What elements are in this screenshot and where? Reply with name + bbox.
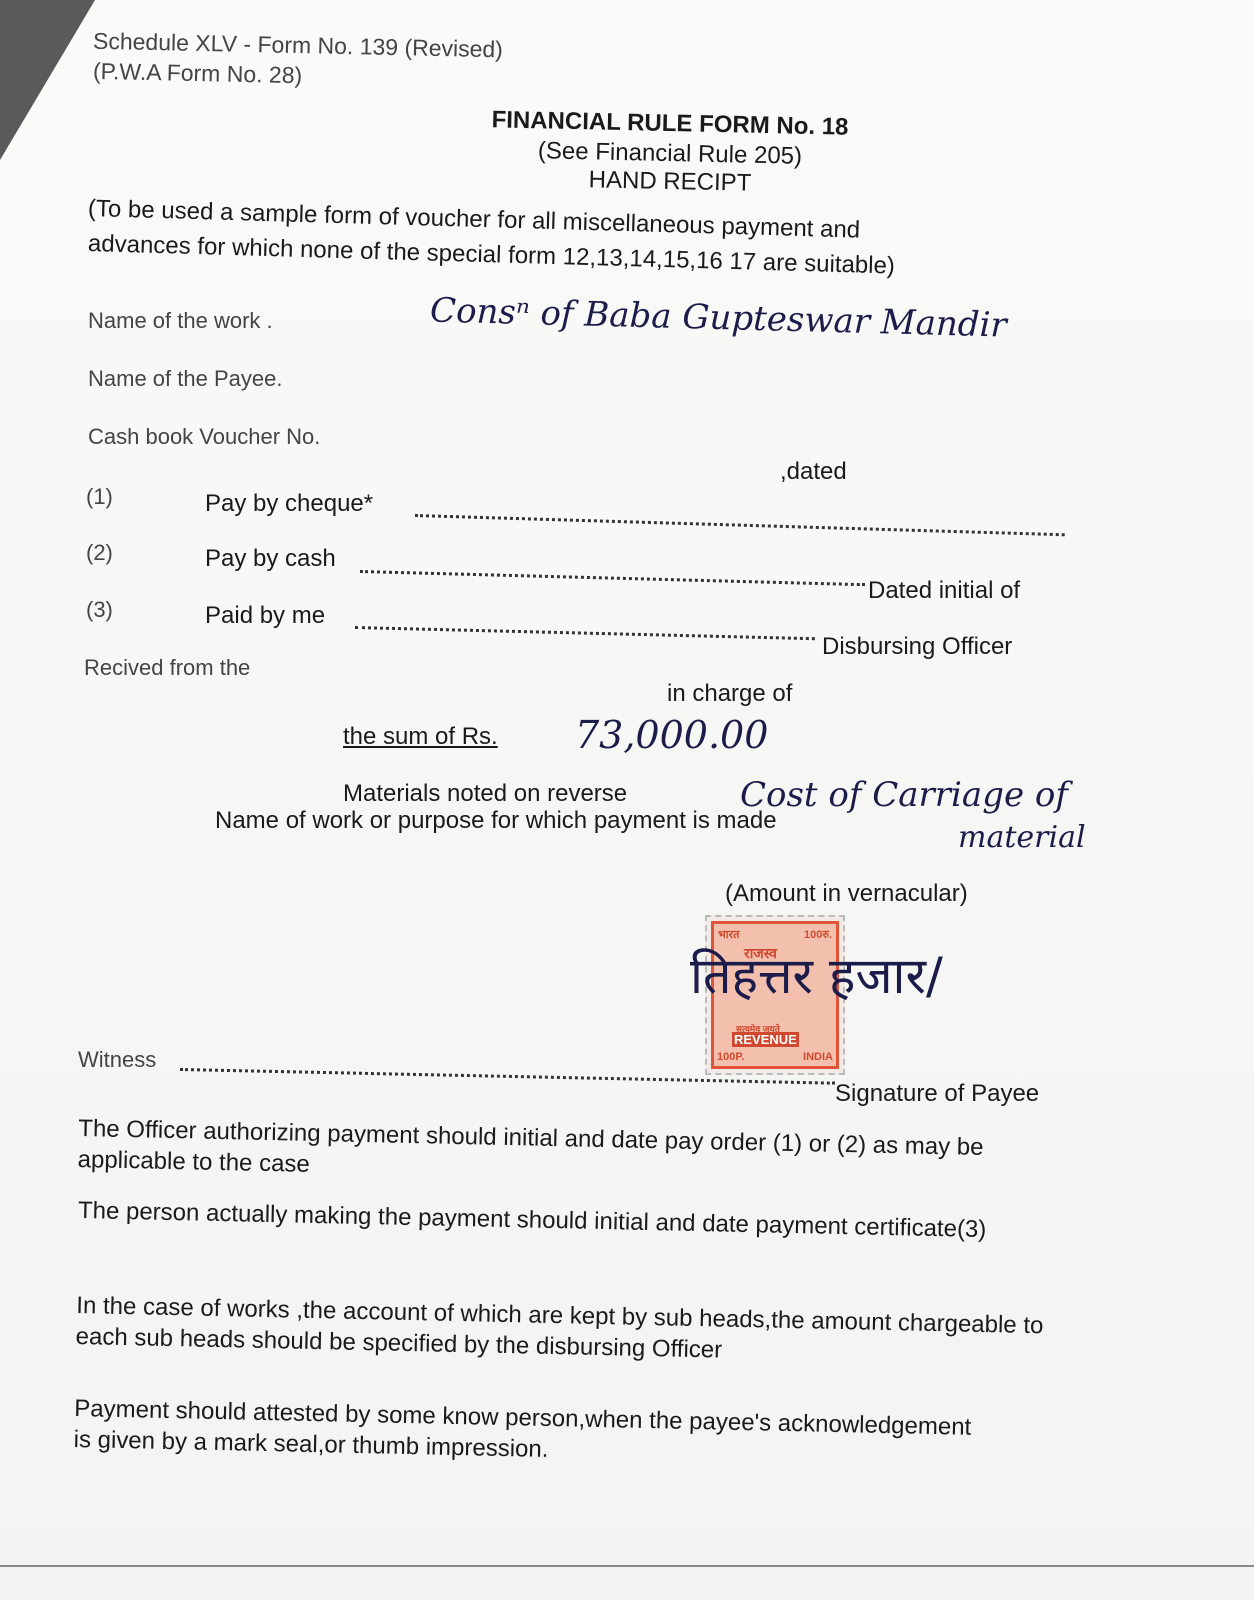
vernacular-amount-value[interactable]: तिहत्तर हजार/	[690, 940, 943, 1008]
page-corner-fold	[0, 0, 95, 160]
in-charge-label: in charge of	[667, 680, 792, 708]
pay-order-number: (2)	[86, 540, 113, 566]
note-3: In the case of works ,the account of whi…	[75, 1290, 1096, 1373]
stamp-country: INDIA	[803, 1051, 833, 1063]
dated-label: ,dated	[780, 458, 847, 486]
received-from-label: Recived from the	[84, 655, 250, 681]
cash-dotted-line	[360, 570, 865, 586]
work-name-label: Name of the work .	[88, 308, 273, 334]
document-page: Schedule XLV - Form No. 139 (Revised) (P…	[0, 0, 1254, 1600]
pay-order-number: (3)	[86, 597, 113, 623]
work-name-value[interactable]: Consⁿ of Baba Gupteswar Mandir	[430, 290, 1008, 345]
schedule-text: Schedule XLV - Form No. 139 (Revised)	[93, 28, 503, 64]
pay-by-cheque-label: Pay by cheque*	[205, 490, 373, 518]
page-bottom-edge	[0, 1565, 1254, 1567]
note-2: The person actually making the payment s…	[78, 1195, 1098, 1247]
stamp-value-bottom: 100P.	[717, 1051, 744, 1063]
payee-signature-label: Signature of Payee	[835, 1080, 1039, 1108]
paid-by-me-label: Paid by me	[205, 602, 325, 630]
dated-initial-label: Dated initial of	[868, 577, 1020, 605]
note-1: The Officer authorizing payment should i…	[77, 1113, 1098, 1196]
witness-label: Witness	[78, 1047, 156, 1073]
vernacular-label: (Amount in vernacular)	[725, 880, 968, 908]
disbursing-officer-label: Disbursing Officer	[822, 633, 1012, 661]
purpose-value-line-1[interactable]: Cost of Carriage of	[740, 775, 1068, 815]
pwa-form-text: (P.W.A Form No. 28)	[93, 58, 303, 89]
sum-value[interactable]: 73,000.00	[575, 713, 768, 757]
paid-dotted-line	[355, 626, 815, 640]
note-4: Payment should attested by some know per…	[73, 1393, 974, 1474]
purpose-label: Name of work or purpose for which paymen…	[215, 807, 777, 835]
cheque-dotted-line	[415, 514, 1065, 536]
pay-by-cash-label: Pay by cash	[205, 545, 336, 573]
stamp-revenue-label: REVENUE	[732, 1032, 799, 1047]
voucher-label: Cash book Voucher No.	[88, 424, 320, 450]
purpose-value-line-2[interactable]: material	[958, 820, 1086, 855]
payee-name-label: Name of the Payee.	[88, 366, 282, 392]
materials-label: Materials noted on reverse	[343, 780, 627, 808]
sum-label: the sum of Rs.	[343, 723, 498, 751]
pay-order-number: (1)	[86, 484, 113, 510]
